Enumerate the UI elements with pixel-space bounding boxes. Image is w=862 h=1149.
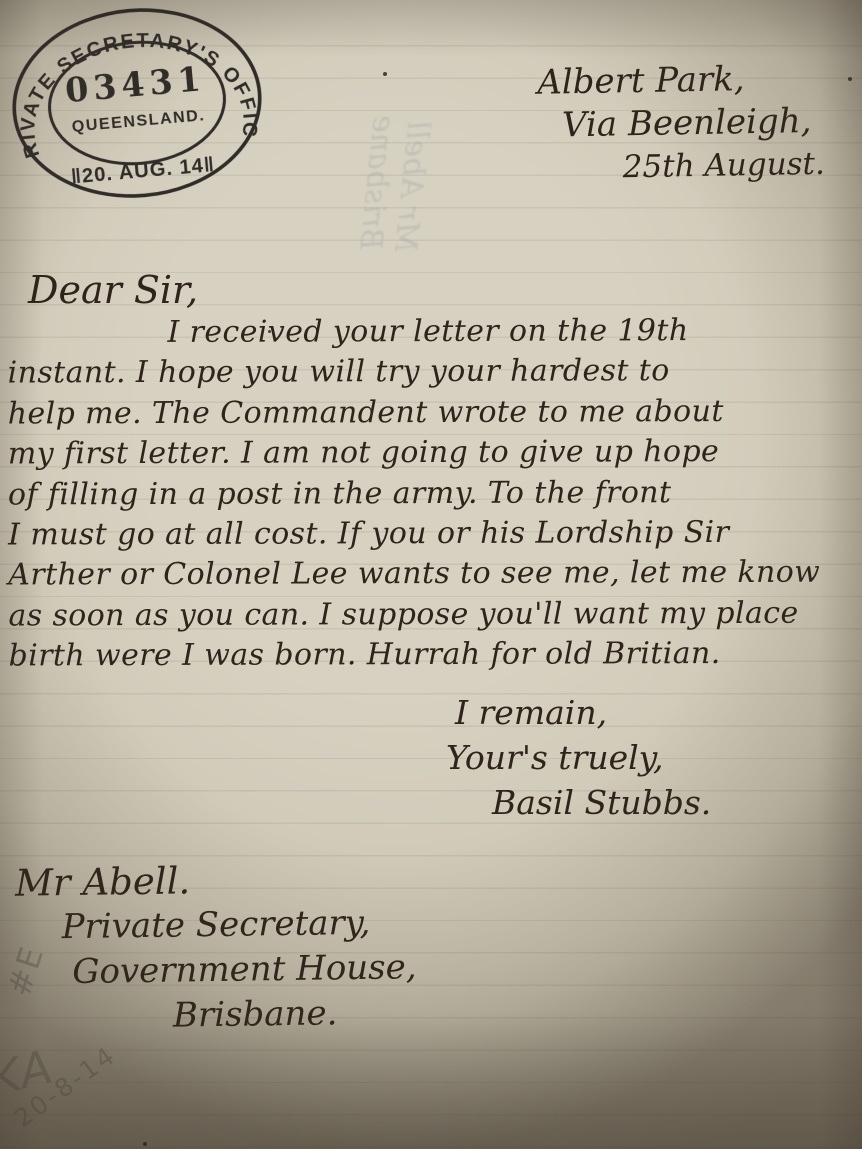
recipient-line: Government House, bbox=[72, 945, 417, 995]
stamp-region: QUEENSLAND. bbox=[71, 106, 206, 136]
body-line: help me. The Commandent wrote to me abou… bbox=[8, 393, 860, 436]
body-line: I received your letter on the 19th bbox=[7, 313, 859, 356]
closing-line: I remain, bbox=[455, 690, 711, 735]
body-line: of filling in a post in the army. To the… bbox=[8, 474, 860, 517]
body-line: Arther or Colonel Lee wants to see me, l… bbox=[8, 555, 860, 598]
salutation: Dear Sir, bbox=[28, 268, 198, 312]
paper-speck bbox=[143, 1142, 147, 1146]
body-line: I must go at all cost. If you or his Lor… bbox=[8, 514, 860, 557]
paper-speck bbox=[268, 330, 271, 333]
body-line: as soon as you can. I suppose you'll wan… bbox=[8, 595, 860, 638]
letter-photo: PRIVATE SECRETARY'S OFFICE 03431 QUEENSL… bbox=[0, 0, 862, 1149]
closing-line: Your's truely, bbox=[446, 735, 711, 780]
paper-speck bbox=[848, 77, 852, 81]
address-line: 25th August. bbox=[622, 142, 851, 189]
recipient-line: Private Secretary, bbox=[61, 900, 416, 950]
recipient-line: Brisbane. bbox=[173, 990, 418, 1038]
office-stamp: PRIVATE SECRETARY'S OFFICE 03431 QUEENSL… bbox=[0, 0, 276, 215]
body-line: instant. I hope you will try your hardes… bbox=[8, 353, 860, 396]
paper-speck bbox=[383, 72, 387, 76]
body-line: my first letter. I am not going to give … bbox=[8, 434, 860, 477]
address-line: Via Beenleigh, bbox=[562, 99, 851, 147]
closing-block: I remain, Your's truely, Basil Stubbs. bbox=[340, 690, 711, 825]
signature: Basil Stubbs. bbox=[492, 780, 711, 825]
recipient-block: Mr Abell. Private Secretary, Government … bbox=[15, 855, 418, 1041]
recipient-line: Mr Abell. bbox=[15, 855, 416, 906]
stamp-number: 03431 bbox=[64, 59, 208, 110]
letter-body: I received your letter on the 19th insta… bbox=[7, 313, 860, 679]
address-line: Albert Park, bbox=[537, 56, 850, 104]
address-block: Albert Park, Via Beenleigh, 25th August. bbox=[429, 56, 851, 192]
body-line: birth were I was born. Hurrah for old Br… bbox=[8, 636, 860, 679]
